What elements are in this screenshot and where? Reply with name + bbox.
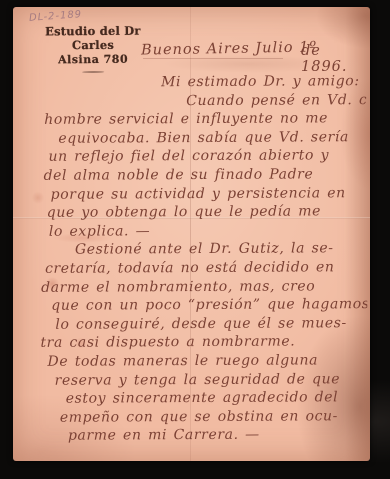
body-line: lo conseguiré, desde que él se mues- [37,314,367,334]
body-line: hombre servicial e influyente no me [36,109,366,129]
body-line: que con un poco “presión” que hagamos [37,295,367,315]
body-line: empeño con que se obstina en ocu- [38,407,368,427]
photo-frame: DL-2-189 Estudio del Dr Carles Alsina 78… [0,0,390,479]
body-line: tra casi dispuesto a nombrarme. [37,332,367,352]
body-line: reserva y tenga la seguridad de que [38,370,368,390]
body-line: Mi estimado Dr. y amigo: [36,72,366,92]
body-line: del alma noble de su finado Padre [37,165,367,185]
body-line: Gestioné ante el Dr. Gutiz, la se- [37,239,367,259]
date-year: de 1896. [301,43,370,75]
letter-body: Mi estimado Dr. y amigo:Cuando pensé en … [36,72,368,446]
body-line: equivocaba. Bien sabía que Vd. sería [36,128,366,148]
body-line: un reflejo fiel del corazón abierto y [36,147,366,167]
date-place: Buenos Aires Julio 1º [141,39,317,58]
body-line: que yo obtenga lo que le pedía me [37,202,367,222]
dateline: Buenos Aires Julio 1º de 1896. [13,41,370,61]
body-line: De todas maneras le ruego alguna [37,351,367,371]
archival-code: DL-2-189 [29,9,83,24]
body-line: lo explica. — [37,221,367,241]
body-line: cretaría, todavía no está decidido en [37,258,367,278]
body-line: Cuando pensé en Vd. como [36,91,366,111]
body-line: estoy sinceramente agradecido del [38,388,368,408]
dateline-rule [143,58,283,59]
letter-paper: DL-2-189 Estudio del Dr Carles Alsina 78… [13,7,370,461]
body-line: porque su actividad y persistencia en [37,184,367,204]
body-line: darme el nombramiento, mas, creo [37,277,367,297]
body-line: parme en mi Carrera. — [38,425,368,445]
